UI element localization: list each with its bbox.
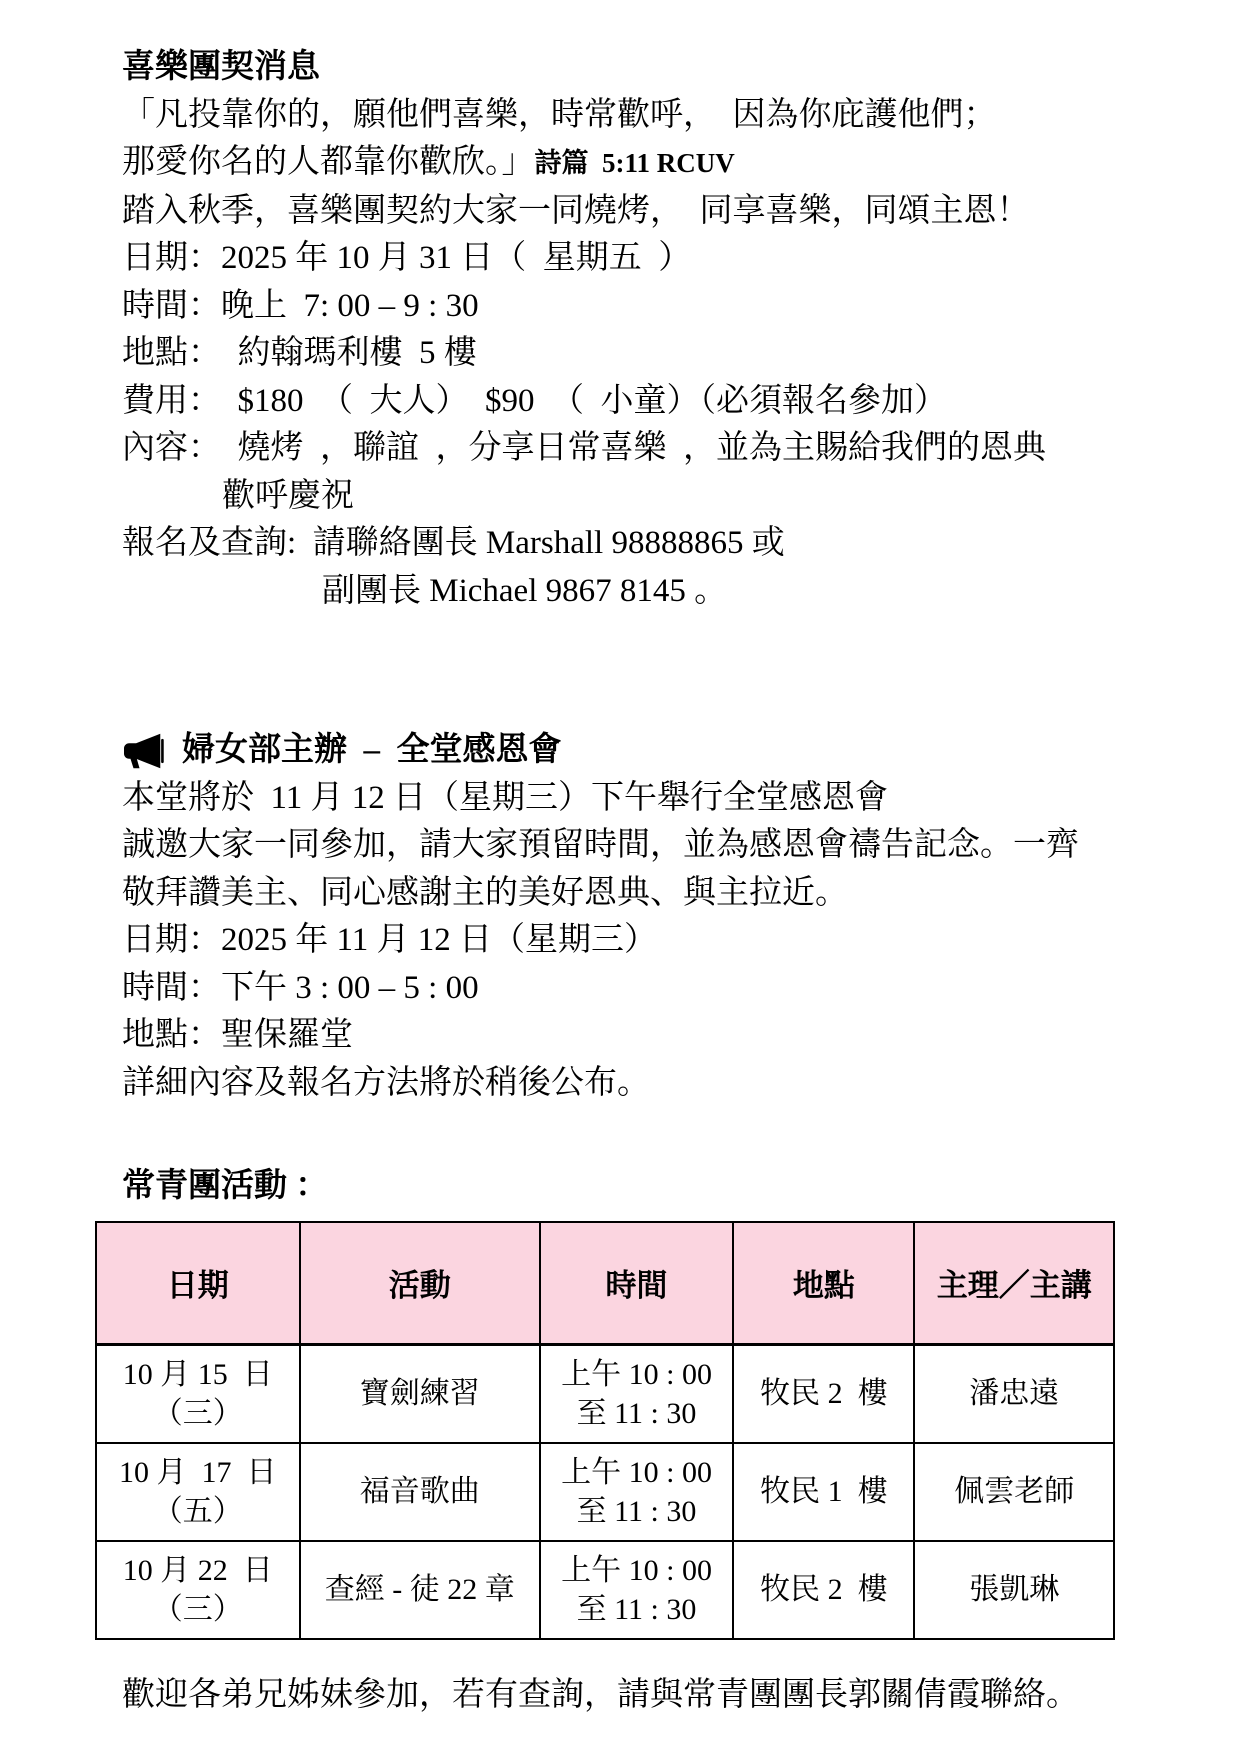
date-line2: （三） (153, 1593, 243, 1626)
cell-time: 上午 10 : 00至 11 : 30 (540, 1541, 733, 1639)
column-header-activity: 活動 (300, 1222, 540, 1345)
joy-section-title: 喜樂團契消息 (122, 44, 1136, 92)
time-line1: 上午 10 : 00 (561, 1358, 712, 1391)
cell-leader: 佩雲老師 (914, 1443, 1114, 1541)
cell-time: 上午 10 : 00至 11 : 30 (540, 1344, 733, 1443)
newsletter-page: 喜樂團契消息 「凡投靠你的，願他們喜樂，時常歡呼， 因為你庇護他們； 那愛你名的… (0, 0, 1240, 1754)
evergreen-section-title: 常青團活動 ： (122, 1163, 1136, 1211)
thanksgiving-line2: 誠邀大家一同參加，請大家預留時間，並為感恩會禱告記念。一齊 (122, 822, 1136, 870)
cell-date: 10 月 15 日（三） (96, 1344, 300, 1443)
cell-time: 上午 10 : 00至 11 : 30 (540, 1443, 733, 1541)
scripture-quote-line2: 那愛你名的人都靠你歡欣。」詩篇 5:11 RCUV (122, 139, 1136, 188)
thanksgiving-heading: 婦女部主辦 – 全堂感恩會 (122, 727, 1136, 775)
cell-leader: 潘忠遠 (914, 1344, 1114, 1443)
cell-venue: 牧民 1 樓 (733, 1443, 914, 1541)
cell-activity: 查經 - 徒 22 章 (300, 1541, 540, 1639)
date-line1: 10 月 15 日 (123, 1358, 273, 1391)
table-row: 10 月 15 日（三） 寶劍練習 上午 10 : 00至 11 : 30 牧民… (96, 1344, 1114, 1443)
joy-registration-line1: 報名及查詢: 請聯絡團長 Marshall 98888865 或 (122, 520, 1136, 568)
column-header-venue: 地點 (733, 1222, 914, 1345)
column-header-date: 日期 (96, 1222, 300, 1345)
scripture-reference: 詩篇 5:11 RCUV (535, 148, 735, 178)
thanksgiving-title: 婦女部主辦 – 全堂感恩會 (182, 727, 562, 775)
joy-date: 日期：2025 年 10 月 31 日（ 星期五 ） (122, 235, 1136, 283)
joy-content-line2: 歡呼慶祝 (122, 473, 1136, 521)
joy-intro: 踏入秋季，喜樂團契約大家一同燒烤， 同享喜樂，同頌主恩！ (122, 188, 1136, 236)
joy-registration-line2: 副團長 Michael 9867 8145 。 (122, 568, 1136, 616)
date-line2: （三） (153, 1397, 243, 1430)
joy-time: 時間：晚上 7: 00 – 9 : 30 (122, 283, 1136, 331)
joy-content-line1: 內容： 燒烤 ，聯誼 ，分享日常喜樂 ，並為主賜給我們的恩典 (122, 425, 1136, 473)
date-line1: 10 月 22 日 (123, 1554, 273, 1587)
cell-leader: 張凱琳 (914, 1541, 1114, 1639)
thanksgiving-date: 日期：2025 年 11 月 12 日（星期三） (122, 917, 1136, 965)
scripture-quote-text: 那愛你名的人都靠你歡欣。」 (122, 144, 535, 180)
joy-venue: 地點： 約翰瑪利樓 5 樓 (122, 330, 1136, 378)
thanksgiving-time: 時間：下午 3 : 00 – 5 : 00 (122, 965, 1136, 1013)
thanksgiving-line1: 本堂將於 11 月 12 日（星期三）下午舉行全堂感恩會 (122, 775, 1136, 823)
cell-activity: 寶劍練習 (300, 1344, 540, 1443)
thanksgiving-venue: 地點：聖保羅堂 (122, 1012, 1136, 1060)
cell-date: 10 月 17 日（五） (96, 1443, 300, 1541)
column-header-leader: 主理／主講 (914, 1222, 1114, 1345)
date-line2: （五） (153, 1495, 243, 1528)
time-line2: 至 11 : 30 (577, 1495, 697, 1528)
time-line1: 上午 10 : 00 (561, 1456, 712, 1489)
thanksgiving-note: 詳細內容及報名方法將於稍後公布。 (122, 1060, 1136, 1108)
cell-venue: 牧民 2 樓 (733, 1541, 914, 1639)
time-line2: 至 11 : 30 (577, 1397, 697, 1430)
table-header-row: 日期 活動 時間 地點 主理／主講 (96, 1222, 1114, 1345)
column-header-time: 時間 (540, 1222, 733, 1345)
cell-venue: 牧民 2 樓 (733, 1344, 914, 1443)
time-line2: 至 11 : 30 (577, 1593, 697, 1626)
scripture-quote-line1: 「凡投靠你的，願他們喜樂，時常歡呼， 因為你庇護他們； (122, 92, 1136, 140)
section-evergreen: 常青團活動 ： 日期 活動 時間 地點 主理／主講 10 月 15 日（三） 寶… (122, 1163, 1136, 1719)
section-joy-fellowship: 喜樂團契消息 「凡投靠你的，願他們喜樂，時常歡呼， 因為你庇護他們； 那愛你名的… (122, 44, 1136, 615)
joy-fee: 費用： $180 （ 大人） $90 （ 小童）（必須報名參加） (122, 378, 1136, 426)
table-row: 10 月 22 日（三） 查經 - 徒 22 章 上午 10 : 00至 11 … (96, 1541, 1114, 1639)
time-line1: 上午 10 : 00 (561, 1554, 712, 1587)
thanksgiving-line3: 敬拜讚美主、同心感謝主的美好恩典、與主拉近。 (122, 870, 1136, 918)
cell-date: 10 月 22 日（三） (96, 1541, 300, 1639)
megaphone-icon (122, 732, 164, 770)
cell-activity: 福音歌曲 (300, 1443, 540, 1541)
evergreen-closing-note: 歡迎各弟兄姊妹參加，若有查詢，請與常青團團長郭關倩霞聯絡。 (122, 1672, 1136, 1720)
table-row: 10 月 17 日（五） 福音歌曲 上午 10 : 00至 11 : 30 牧民… (96, 1443, 1114, 1541)
date-line1: 10 月 17 日 (119, 1456, 277, 1489)
evergreen-activity-table: 日期 活動 時間 地點 主理／主講 10 月 15 日（三） 寶劍練習 上午 1… (95, 1221, 1115, 1640)
section-thanksgiving: 婦女部主辦 – 全堂感恩會 本堂將於 11 月 12 日（星期三）下午舉行全堂感… (122, 727, 1136, 1107)
